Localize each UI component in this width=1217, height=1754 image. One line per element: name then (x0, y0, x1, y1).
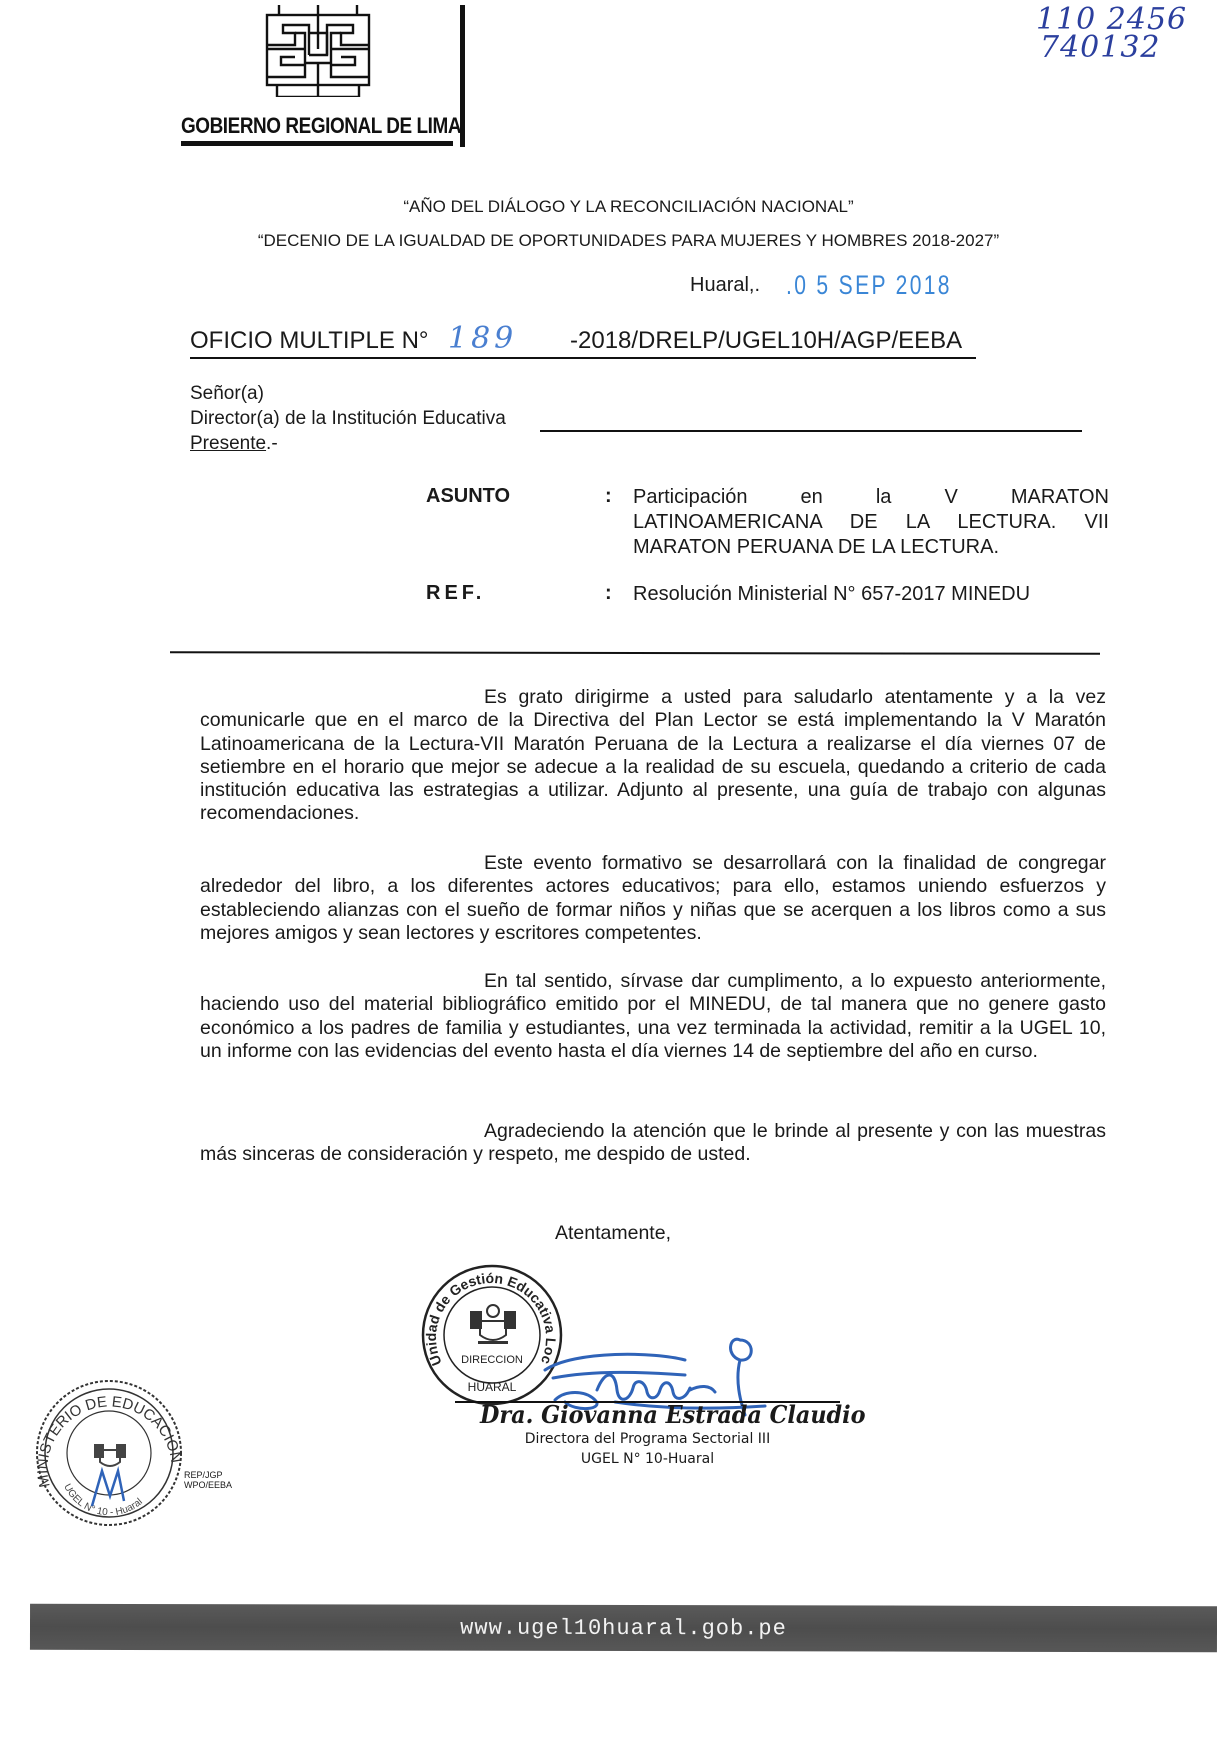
svg-text:MINISTERIO DE EDUCACION: MINISTERIO DE EDUCACION (34, 1393, 184, 1488)
ugel-seal-bottom-text: HUARAL (468, 1380, 517, 1394)
date-stamp: .0 5 SEP 2018 (786, 270, 952, 301)
oficio-number-handwritten: 189 (448, 321, 517, 356)
asunto-label: ASUNTO (426, 485, 510, 508)
paragraph-text: Este evento formativo se desarrollará co… (200, 852, 1106, 944)
body-paragraph: Agradeciendo la atención que le brinde a… (200, 1120, 1106, 1167)
presente-word: Presente (190, 433, 266, 454)
ministry-seal-outer-text: MINISTERIO DE EDUCACION (34, 1393, 184, 1488)
paragraph-text: Es grato dirigirme a usted para saludarl… (200, 686, 1106, 824)
footer-bar: www.ugel10huaral.gob.pe (30, 1604, 1217, 1652)
signer-unit: UGEL N° 10-Huaral (455, 1451, 840, 1467)
addressee-salutation: Señor(a) (190, 383, 264, 405)
body-paragraph: Es grato dirigirme a usted para saludarl… (200, 686, 1106, 826)
letterhead-vertical-bar (460, 5, 465, 147)
gobierno-regional-lima-logo-icon (265, 5, 371, 97)
asunto-value: Participación en la V MARATON LATINOAMER… (633, 485, 1109, 560)
ref-label: REF. (426, 582, 485, 605)
section-divider (170, 651, 1100, 655)
closing: Atentamente, (555, 1222, 671, 1245)
footer-website: www.ugel10huaral.gob.pe (30, 1615, 1217, 1642)
paragraph-text: En tal sentido, sírvase dar cumplimento,… (200, 970, 1106, 1062)
asunto-colon: : (605, 485, 612, 508)
initials-line: REP/JGP (184, 1470, 232, 1480)
ref-value: Resolución Ministerial N° 657-2017 MINED… (633, 582, 1109, 607)
date-place: Huaral,. (690, 274, 760, 297)
addressee-director: Director(a) de la Institución Educativa (190, 408, 506, 430)
ref-colon: : (605, 582, 612, 605)
ugel-seal-inner-text: DIRECCION (461, 1354, 523, 1366)
organization-name: GOBIERNO REGIONAL DE LIMA (181, 113, 461, 139)
ministerio-educacion-seal-icon: MINISTERIO DE EDUCACION UGEL N° 10 - Hua… (32, 1376, 187, 1531)
oficio-suffix: -2018/DRELP/UGEL10H/AGP/EEBA (570, 327, 962, 355)
oficio-reference: OFICIO MULTIPLE N° 189 -2018/DRELP/UGEL1… (190, 327, 976, 359)
signer-name: Dra. Giovanna Estrada Claudio (480, 1400, 866, 1429)
year-motto: “AÑO DEL DIÁLOGO Y LA RECONCILIACIÓN NAC… (20, 197, 1217, 217)
signer-title: Directora del Programa Sectorial III (455, 1431, 840, 1447)
oficio-prefix: OFICIO MULTIPLE N° (190, 327, 429, 355)
presente-tail: .- (266, 433, 278, 454)
initials-line: WPO/EEBA (184, 1480, 232, 1490)
addressee-presente: Presente.- (190, 433, 278, 455)
body-paragraph: En tal sentido, sírvase dar cumplimento,… (200, 970, 1106, 1063)
letterhead-underline (181, 141, 453, 146)
handwritten-reference-2: 740132 (1040, 30, 1161, 65)
decade-motto: “DECENIO DE LA IGUALDAD DE OPORTUNIDADES… (20, 231, 1217, 251)
typist-initials: REP/JGP WPO/EEBA (184, 1470, 232, 1490)
body-paragraph: Este evento formativo se desarrollará co… (200, 852, 1106, 945)
paragraph-text: Agradeciendo la atención que le brinde a… (200, 1120, 1106, 1165)
institution-blank-line (540, 430, 1082, 432)
